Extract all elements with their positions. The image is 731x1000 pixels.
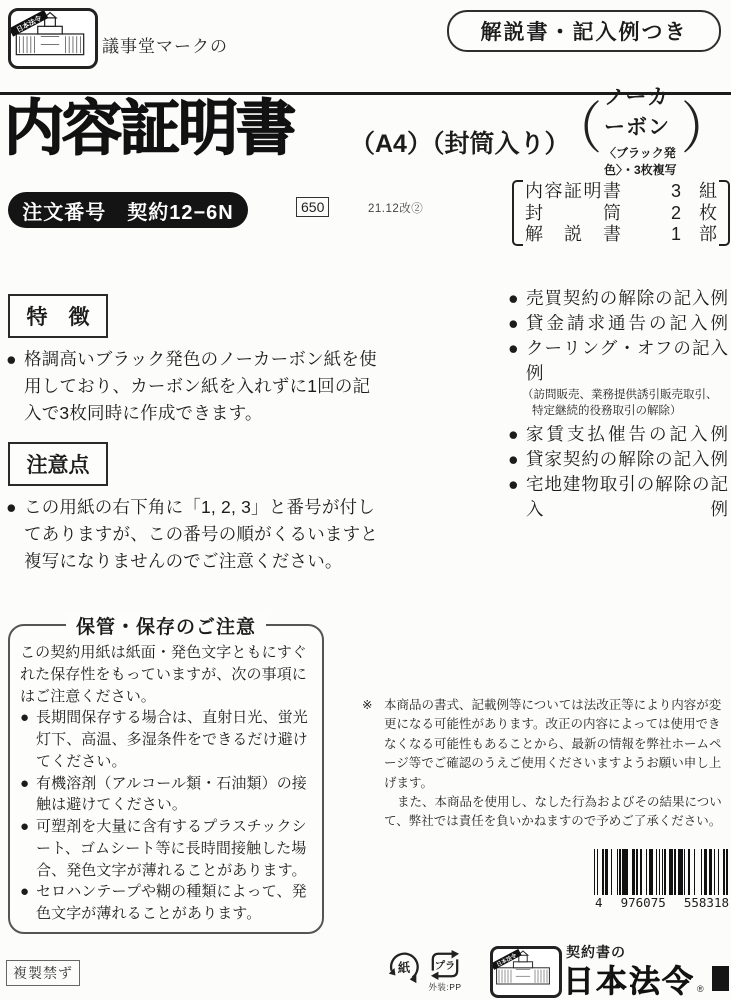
contents-name: 封筒	[525, 203, 621, 224]
cooling-off-note: （訪問販売、業務提供誘引販売取引、 特定継続的役務取引の解除）	[508, 387, 728, 419]
caution-item: この用紙の右下角に「1, 2, 3」と番号が付してありますが、この番号の順がくる…	[6, 494, 386, 575]
order-number-pill: 注文番号 契約12−6N	[8, 192, 248, 228]
brand-logo-box: 日本法令	[490, 946, 562, 998]
contents-qty: 3組	[671, 181, 717, 202]
cooling-off-note-line2: 特定継続的役務取引の解除）	[522, 403, 728, 419]
bracket-right	[719, 180, 730, 246]
contents-qty: 2枚	[671, 203, 717, 224]
logo-caption: 議事堂マークの	[102, 32, 228, 57]
packaging-material-label: 外装:PP	[428, 981, 461, 993]
svg-text:プラ: プラ	[435, 959, 456, 972]
carbon-spec: （ ノーカーボン 〈ブラック発色〉・3枚複写 ）	[552, 100, 731, 158]
bracket-left	[512, 180, 523, 246]
disclaimer-p1: 本商品の書式、記載例等については法改正等により内容が変更になる可能性があります。…	[362, 696, 730, 793]
feature-item: 格調高いブラック発色のノーカーボン紙を使用しており、カーボン紙を入れずに1回の記…	[6, 346, 386, 427]
plastic-recycle-icon: プラ 外装:PP	[428, 950, 462, 993]
explainer-badge: 解説書・記入例つき	[447, 10, 721, 52]
cooling-off-note-line1: （訪問販売、業務提供誘引販売取引、	[522, 387, 728, 403]
paper-recycle-icon: 紙	[385, 948, 423, 986]
diet-building-logo: 日本法令	[8, 8, 98, 69]
disclaimer-note: 本商品の書式、記載例等については法改正等により内容が変更になる可能性があります。…	[362, 696, 730, 832]
storage-box: 保管・保存のご注意 この契約用紙は紙面・発色文字ともにすぐれた保存性をもっていま…	[8, 624, 324, 934]
contents-name: 内容証明書	[525, 181, 621, 202]
example-item: 貸金請求通告の記入例	[508, 311, 728, 336]
disclaimer-p2: また、本商品を使用し、なした行為およびその結果について、弊社では責任を負いかねま…	[362, 793, 730, 832]
registered-mark: ®	[697, 984, 704, 994]
features-heading: 特 徴	[8, 294, 108, 338]
example-item: 貸家契約の解除の記入例	[508, 447, 728, 472]
revision-code: 21.12改②	[368, 200, 423, 216]
storage-item: 可塑剤を大量に含有するプラスチックシート、ゴムシート等に長時間接触した場合、発色…	[20, 816, 314, 881]
contents-list: 内容証明書 3組 封筒 2枚 解説書 1部	[512, 180, 730, 246]
diet-building-icon: 日本法令	[493, 949, 553, 989]
cautions-heading: 注意点	[8, 442, 108, 486]
carbon-spec-line1: ノーカーボン	[604, 81, 679, 141]
close-paren: ）	[681, 101, 731, 157]
contents-name: 解説書	[525, 224, 621, 245]
contents-row: 内容証明書 3組	[525, 181, 717, 202]
print-color-bar	[712, 966, 729, 991]
storage-item: 有機溶剤（アルコール類・石油類）の接触は避けてください。	[20, 773, 314, 817]
example-item: 売買契約の解除の記入例	[508, 286, 728, 311]
contents-row: 解説書 1部	[525, 224, 717, 245]
storage-intro: この契約用紙は紙面・発色文字ともにすぐれた保存性をもっていますが、次の事項にはご…	[20, 642, 314, 707]
storage-item: セロハンテープや糊の種類によって、発色文字が薄れることがあります。	[20, 881, 314, 925]
storage-title: 保管・保存のご注意	[66, 612, 266, 639]
open-paren: （	[552, 101, 602, 157]
example-item: クーリング・オフの記入例	[508, 336, 728, 386]
brand-name: 日本法令	[563, 956, 695, 1000]
storage-item: 長期間保存する場合は、直射日光、蛍光灯下、高温、多湿条件をできるだけ避けてくださ…	[20, 707, 314, 772]
no-copy-stamp: 複製禁ず	[6, 960, 80, 986]
price-code: 650	[296, 197, 329, 217]
contents-qty: 1部	[671, 224, 717, 245]
barcode-digits: 4 976075 558318	[594, 895, 730, 910]
example-item: 家賃支払催告の記入例	[508, 422, 728, 447]
size-label: （A4）（封筒入り）	[350, 124, 569, 160]
example-item: 宅地建物取引の解除の記入例	[508, 472, 728, 522]
diet-building-icon: 日本法令	[11, 11, 89, 60]
barcode: 4 976075 558318	[594, 849, 730, 910]
contents-row: 封筒 2枚	[525, 203, 717, 224]
product-package-label: 日本法令 議事堂マークの 解説書・記入例つき 内容証明書 （A4）（封筒入り） …	[0, 0, 731, 1000]
carbon-spec-line2: 〈ブラック発色〉・3枚複写	[604, 144, 679, 178]
svg-text:紙: 紙	[397, 960, 411, 975]
product-title: 内容証明書	[4, 99, 294, 159]
examples-list: 売買契約の解除の記入例 貸金請求通告の記入例 クーリング・オフの記入例 （訪問販…	[508, 286, 728, 522]
